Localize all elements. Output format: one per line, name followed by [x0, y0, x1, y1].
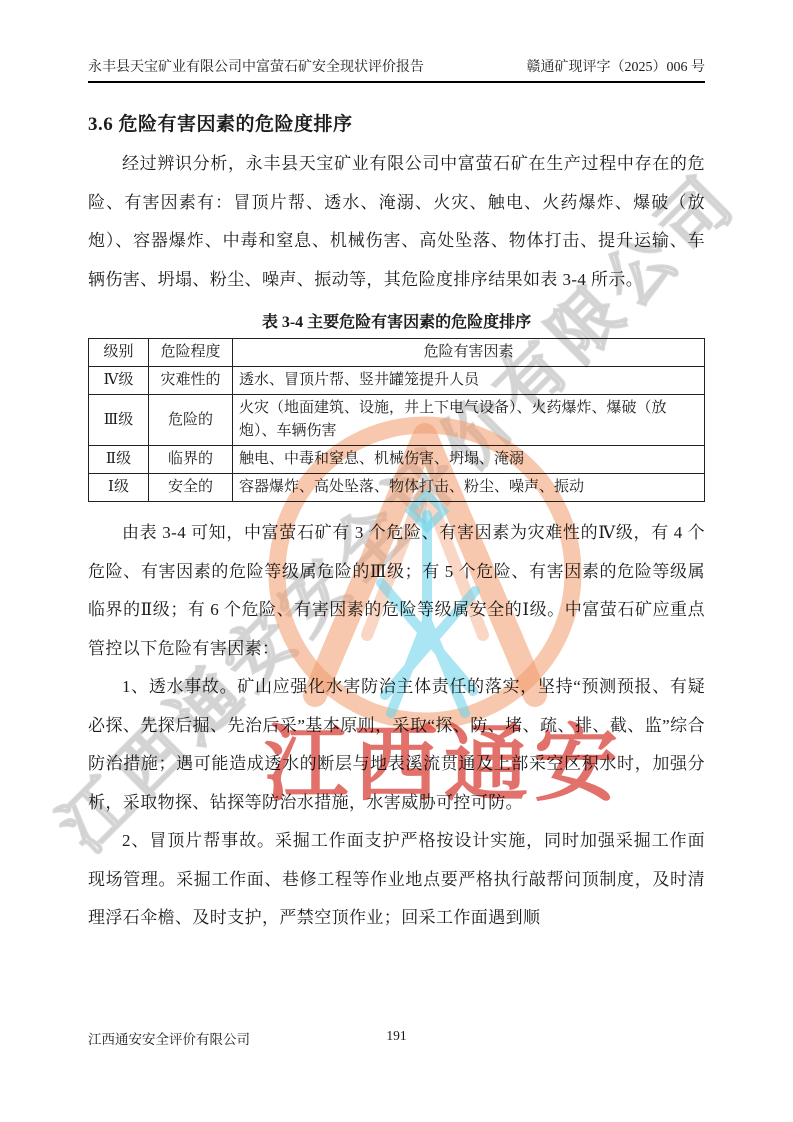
paragraph-water-hazard: 1、透水事故。矿山应强化水害防治主体责任的落实，坚持“预测预报、有疑必探、先探后… [88, 668, 705, 822]
table-header-row: 级别 危险程度 危险有害因素 [89, 339, 705, 367]
header-report-title: 永丰县天宝矿业有限公司中富萤石矿安全现状评价报告 [88, 56, 424, 76]
cell-factors: 火灾（地面建筑、设施，井上下电气设备）、火药爆炸、爆破（放炮）、车辆伤害 [233, 395, 705, 446]
page-header: 永丰县天宝矿业有限公司中富萤石矿安全现状评价报告 赣通矿现评字（2025）006… [88, 56, 705, 83]
cell-level: Ⅲ级 [89, 395, 149, 446]
cell-level: Ⅳ级 [89, 367, 149, 395]
col-header-degree: 危险程度 [149, 339, 233, 367]
cell-degree: 危险的 [149, 395, 233, 446]
section-title: 3.6 危险有害因素的危险度排序 [88, 109, 705, 136]
table-row: Ⅱ级 临界的 触电、中毒和窒息、机械伤害、坍塌、淹溺 [89, 446, 705, 474]
document-page: 永丰县天宝矿业有限公司中富萤石矿安全现状评价报告 赣通矿现评字（2025）006… [0, 0, 793, 1122]
cell-factors: 透水、冒顶片帮、竖井罐笼提升人员 [233, 367, 705, 395]
cell-degree: 安全的 [149, 474, 233, 502]
page-footer: 191 江西通安安全评价有限公司 [88, 1028, 705, 1048]
table-row: Ⅲ级 危险的 火灾（地面建筑、设施，井上下电气设备）、火药爆炸、爆破（放炮）、车… [89, 395, 705, 446]
paragraph-roof-fall: 2、冒顶片帮事故。采掘工作面支护严格按设计实施，同时加强采掘工作面现场管理。采掘… [88, 822, 705, 938]
cell-degree: 灾难性的 [149, 367, 233, 395]
cell-level: Ⅱ级 [89, 446, 149, 474]
page-number: 191 [88, 1028, 705, 1044]
risk-ranking-table: 级别 危险程度 危险有害因素 Ⅳ级 灾难性的 透水、冒顶片帮、竖井罐笼提升人员 … [88, 338, 705, 502]
header-doc-number: 赣通矿现评字（2025）006 号 [527, 56, 706, 76]
col-header-level: 级别 [89, 339, 149, 367]
table-row: Ⅰ级 安全的 容器爆炸、高处坠落、物体打击、粉尘、噪声、振动 [89, 474, 705, 502]
cell-factors: 触电、中毒和窒息、机械伤害、坍塌、淹溺 [233, 446, 705, 474]
cell-level: Ⅰ级 [89, 474, 149, 502]
table-row: Ⅳ级 灾难性的 透水、冒顶片帮、竖井罐笼提升人员 [89, 367, 705, 395]
cell-degree: 临界的 [149, 446, 233, 474]
paragraph-intro: 经过辨识分析，永丰县天宝矿业有限公司中富萤石矿在生产过程中存在的危险、有害因素有… [88, 145, 705, 299]
col-header-factors: 危险有害因素 [233, 339, 705, 367]
table-caption: 表 3-4 主要危险有害因素的危险度排序 [88, 309, 705, 332]
cell-factors: 容器爆炸、高处坠落、物体打击、粉尘、噪声、振动 [233, 474, 705, 502]
paragraph-summary: 由表 3-4 可知，中富萤石矿有 3 个危险、有害因素为灾难性的Ⅳ级，有 4 个… [88, 514, 705, 668]
page-content: 永丰县天宝矿业有限公司中富萤石矿安全现状评价报告 赣通矿现评字（2025）006… [0, 0, 793, 938]
